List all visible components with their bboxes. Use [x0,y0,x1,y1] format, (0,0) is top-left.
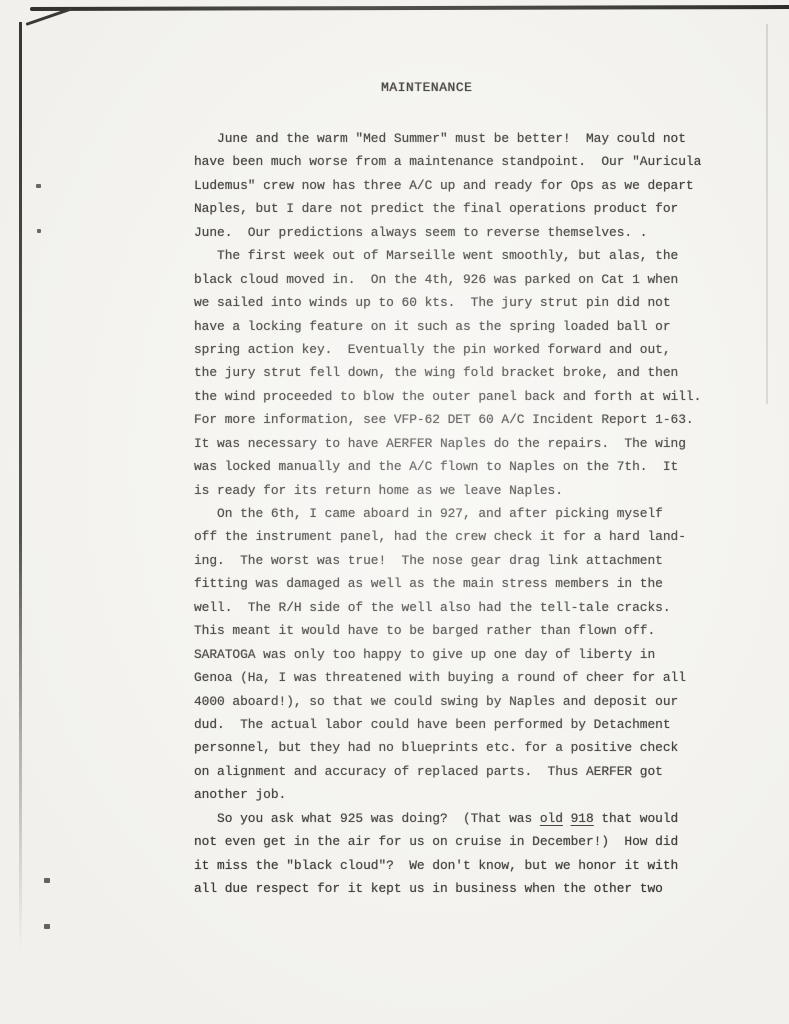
text-line: black cloud moved in. On the 4th, 926 wa… [194,268,734,291]
page-title: MAINTENANCE [381,76,472,99]
scan-top-edge-artifact [30,5,789,11]
text-line: was locked manually and the A/C flown to… [194,455,734,478]
text-line: SARATOGA was only too happy to give up o… [194,643,734,666]
text-line: The first week out of Marseille went smo… [194,244,734,267]
text-segment: For more information, see VFP-62 DET 60 … [194,412,694,427]
text-line: is ready for its return home as we leave… [194,479,734,502]
text-segment: we sailed into winds up to 60 kts. The j… [194,295,671,310]
text-line: spring action key. Eventually the pin wo… [194,338,734,361]
text-segment: not even get in the air for us on cruise… [194,834,678,849]
text-line: well. The R/H side of the well also had … [194,596,734,619]
document-body: June and the warm "Med Summer" must be b… [194,127,734,900]
text-segment: another job. [194,787,286,802]
text-segment: Ludemus" crew now has three A/C up and r… [194,178,694,193]
text-segment: that would [594,811,679,826]
text-line: have been much worse from a maintenance … [194,150,734,173]
text-segment: Genoa (Ha, I was threatened with buying … [194,670,686,685]
text-line: on alignment and accuracy of replaced pa… [194,760,734,783]
text-segment: black cloud moved in. On the 4th, 926 wa… [194,272,678,287]
text-segment [563,811,571,826]
text-segment: SARATOGA was only too happy to give up o… [194,647,655,662]
text-segment: the jury strut fell down, the wing fold … [194,365,678,380]
text-segment: fitting was damaged as well as the main … [194,576,663,591]
text-line: the wind proceeded to blow the outer pan… [194,385,734,408]
text-line: dud. The actual labor could have been pe… [194,713,734,736]
text-segment: dud. The actual labor could have been pe… [194,717,671,732]
text-segment: June. Our predictions always seem to rev… [194,225,647,240]
text-segment: The first week out of Marseille went smo… [194,248,678,263]
text-line: we sailed into winds up to 60 kts. The j… [194,291,734,314]
text-segment: It was necessary to have AERFER Naples d… [194,436,686,451]
text-segment: off the instrument panel, had the crew c… [194,529,686,544]
text-line: not even get in the air for us on cruise… [194,830,734,853]
text-segment: is ready for its return home as we leave… [194,483,563,498]
text-line: have a locking feature on it such as the… [194,315,734,338]
text-line: personnel, but they had no blueprints et… [194,736,734,759]
scan-speck [36,184,41,188]
paragraph-1: June and the warm "Med Summer" must be b… [194,127,734,244]
text-segment: Naples, but I dare not predict the final… [194,201,678,216]
underlined-text: old [540,811,563,826]
text-line: June. Our predictions always seem to rev… [194,221,734,244]
scan-left-edge-artifact [19,22,22,952]
text-line: For more information, see VFP-62 DET 60 … [194,408,734,431]
text-segment: This meant it would have to be barged ra… [194,623,655,638]
text-line: the jury strut fell down, the wing fold … [194,361,734,384]
text-segment: on alignment and accuracy of replaced pa… [194,764,663,779]
scan-speck [44,878,50,883]
paragraph-4: So you ask what 925 was doing? (That was… [194,807,734,901]
scan-speck [37,229,41,233]
text-line: So you ask what 925 was doing? (That was… [194,807,734,830]
text-segment: On the 6th, I came aboard in 927, and af… [194,506,663,521]
text-line: fitting was damaged as well as the main … [194,572,734,595]
scan-speck [44,924,50,929]
text-line: Naples, but I dare not predict the final… [194,197,734,220]
text-segment: June and the warm "Med Summer" must be b… [194,131,686,146]
text-segment: personnel, but they had no blueprints et… [194,740,678,755]
scanned-document-page: MAINTENANCE June and the warm "Med Summe… [0,0,789,1024]
text-segment: it miss the "black cloud"? We don't know… [194,858,678,873]
text-line: all due respect for it kept us in busine… [194,877,734,900]
text-line: On the 6th, I came aboard in 927, and af… [194,502,734,525]
text-line: off the instrument panel, had the crew c… [194,525,734,548]
text-segment: the wind proceeded to blow the outer pan… [194,389,701,404]
text-line: June and the warm "Med Summer" must be b… [194,127,734,150]
text-segment: all due respect for it kept us in busine… [194,881,663,896]
text-segment: have been much worse from a maintenance … [194,154,701,169]
text-line: ing. The worst was true! The nose gear d… [194,549,734,572]
paragraph-2: The first week out of Marseille went smo… [194,244,734,502]
text-line: It was necessary to have AERFER Naples d… [194,432,734,455]
text-line: This meant it would have to be barged ra… [194,619,734,642]
text-segment: was locked manually and the A/C flown to… [194,459,678,474]
text-line: another job. [194,783,734,806]
text-segment: well. The R/H side of the well also had … [194,600,671,615]
paragraph-3: On the 6th, I came aboard in 927, and af… [194,502,734,807]
text-segment: ing. The worst was true! The nose gear d… [194,553,663,568]
underlined-text: 918 [571,811,594,826]
text-segment: spring action key. Eventually the pin wo… [194,342,671,357]
text-line: Genoa (Ha, I was threatened with buying … [194,666,734,689]
text-line: it miss the "black cloud"? We don't know… [194,854,734,877]
text-segment: 4000 aboard!), so that we could swing by… [194,694,678,709]
text-segment: have a locking feature on it such as the… [194,319,671,334]
text-segment: So you ask what 925 was doing? (That was [194,811,540,826]
text-line: Ludemus" crew now has three A/C up and r… [194,174,734,197]
scan-right-edge-artifact [766,24,768,404]
text-line: 4000 aboard!), so that we could swing by… [194,690,734,713]
